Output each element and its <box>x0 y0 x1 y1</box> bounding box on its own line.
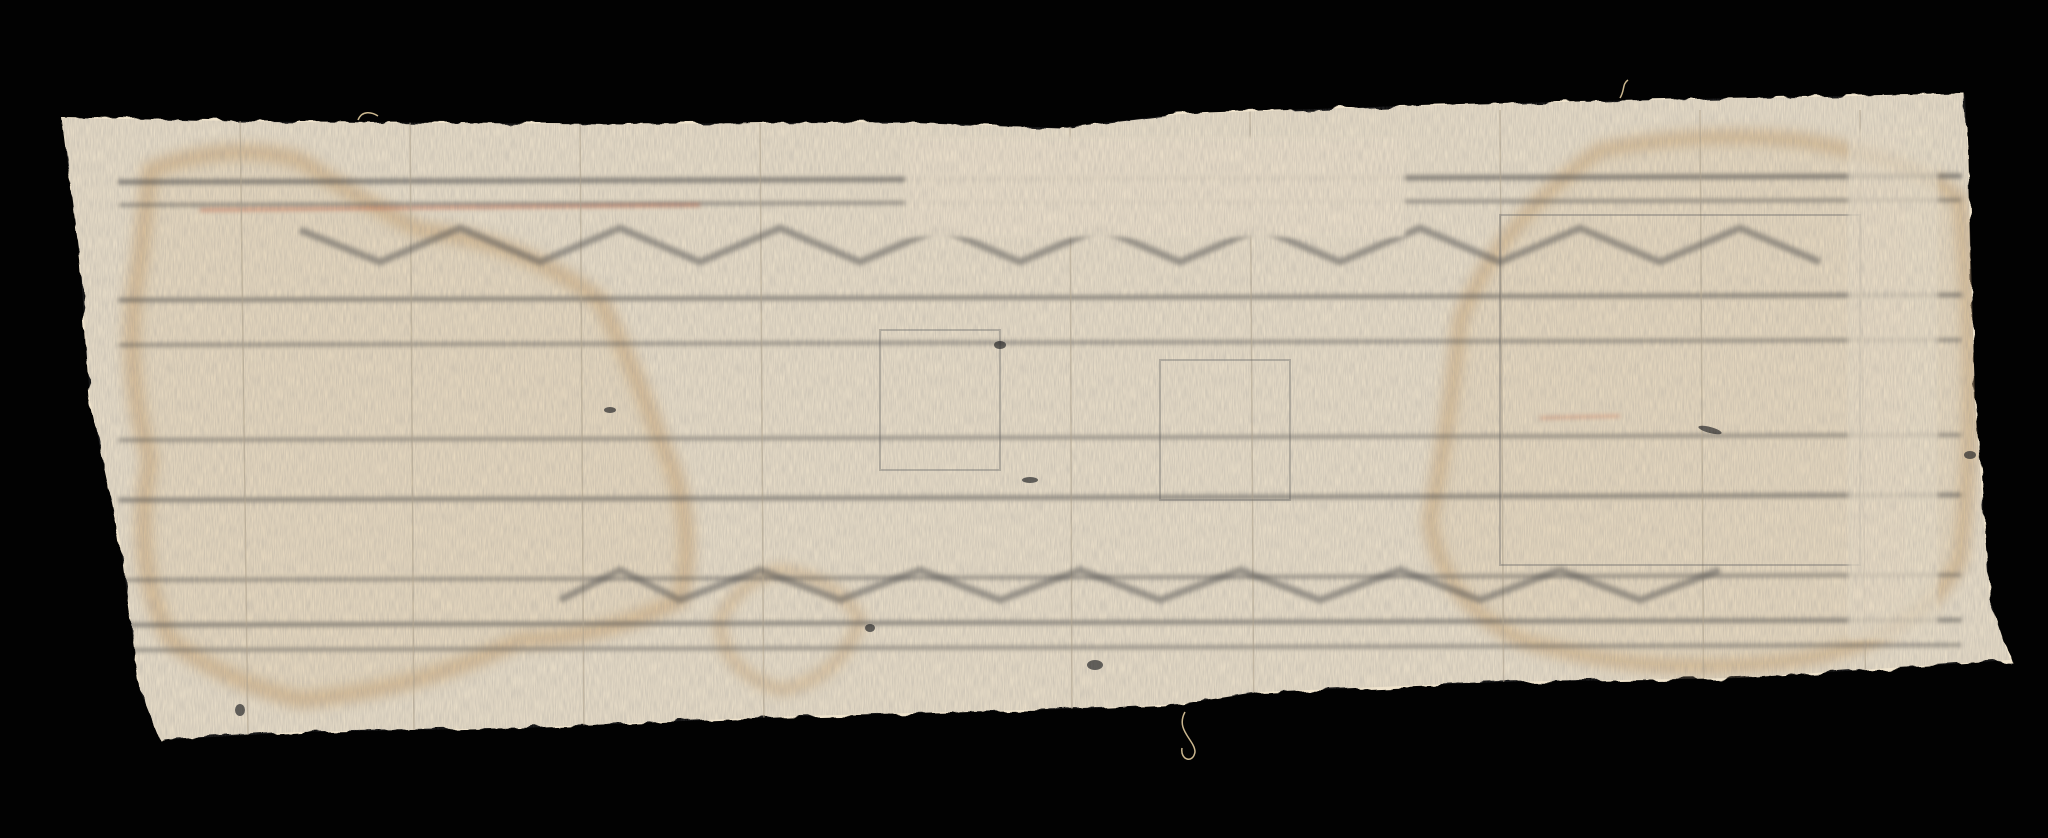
photo-background <box>0 0 2048 838</box>
barkcloth-textile <box>0 0 2048 838</box>
